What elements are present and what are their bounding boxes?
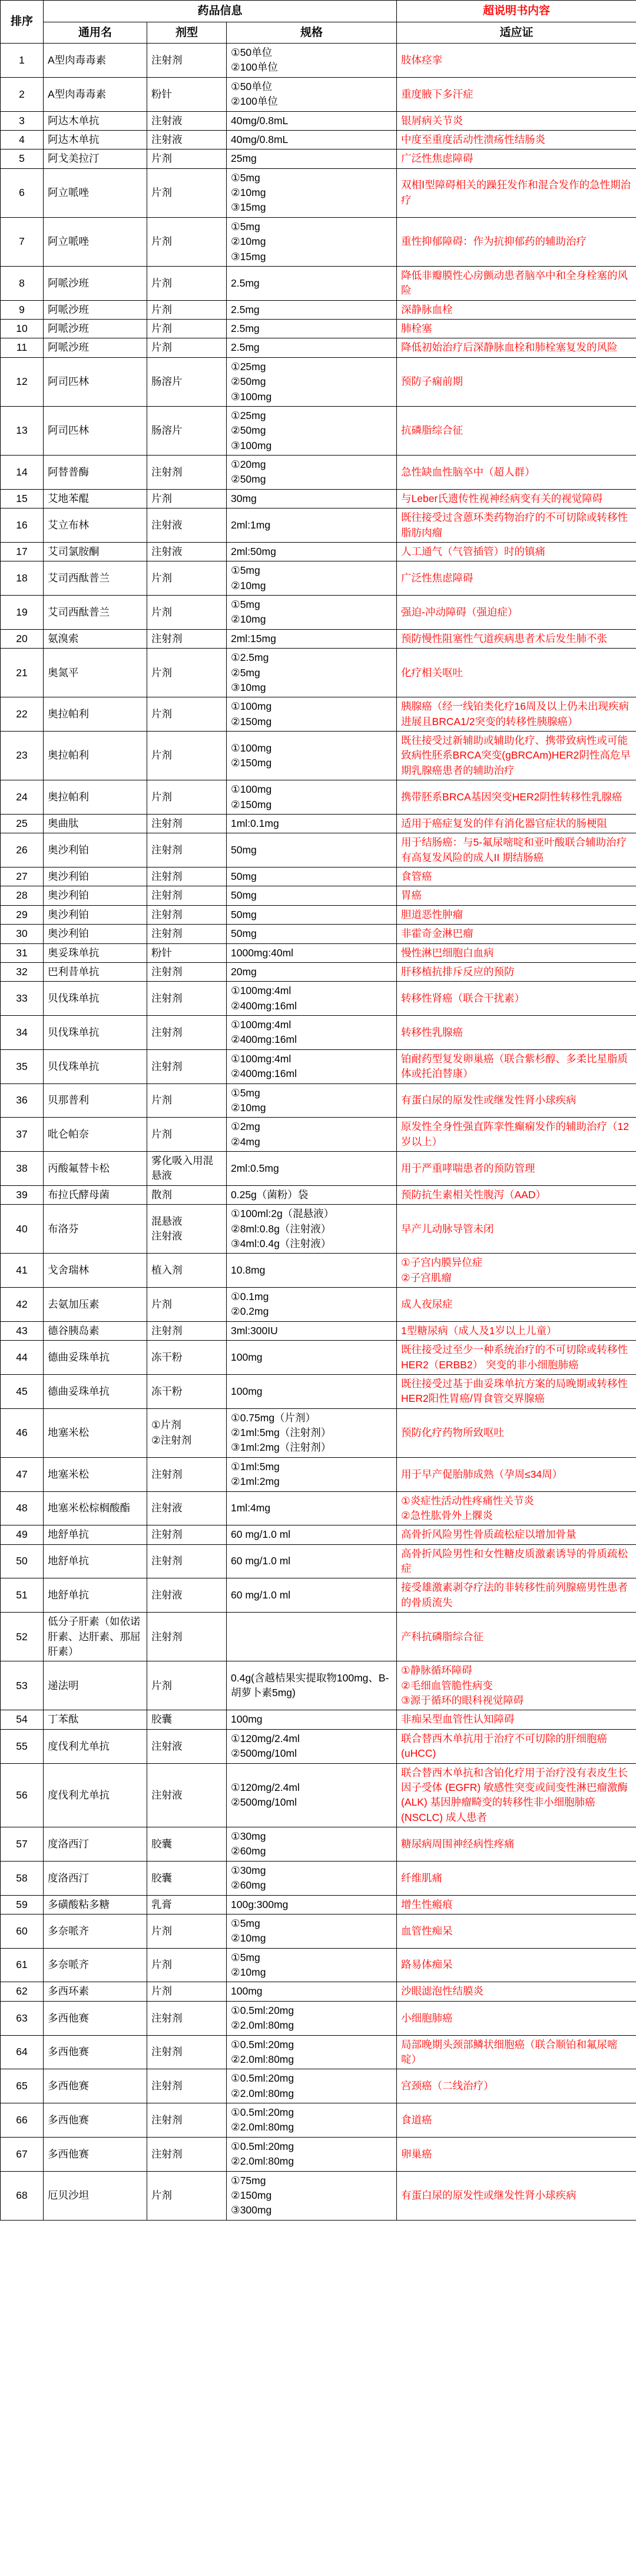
specification: 2.5mg xyxy=(227,320,397,338)
specification: ①120mg/2.4ml ②500mg/10ml xyxy=(227,1763,397,1827)
indication: 转移性乳腺癌 xyxy=(397,1016,636,1050)
indication: 用于严重哮喘患者的预防管理 xyxy=(397,1152,636,1186)
drug-generic-name: 德曲妥珠单抗 xyxy=(44,1341,147,1375)
specification: ①100mg:4ml ②400mg:16ml xyxy=(227,1049,397,1083)
table-row: 27 奥沙利铂 注射剂 50mg 食管癌 xyxy=(1,867,636,886)
dosage-form: 胶囊 xyxy=(147,1827,227,1862)
row-number: 3 xyxy=(1,111,44,130)
indication: 沙眼滤泡性结膜炎 xyxy=(397,1982,636,2001)
row-number: 57 xyxy=(1,1827,44,1862)
row-number: 47 xyxy=(1,1457,44,1491)
drug-generic-name: 厄贝沙坦 xyxy=(44,2171,147,2220)
drug-generic-name: 阿哌沙班 xyxy=(44,320,147,338)
row-number: 20 xyxy=(1,629,44,648)
table-row: 52 低分子肝素（如依诺肝素、达肝素、那屈肝素） 注射剂 产科抗磷脂综合征 xyxy=(1,1613,636,1661)
drug-generic-name: 巴利昔单抗 xyxy=(44,962,147,981)
dosage-form: 注射剂 xyxy=(147,2069,227,2103)
indication: 卵巢癌 xyxy=(397,2137,636,2171)
specification: 100mg xyxy=(227,1341,397,1375)
indication: 抗磷脂综合征 xyxy=(397,406,636,455)
dosage-form: 注射液 xyxy=(147,111,227,130)
drug-generic-name: 艾司西酞普兰 xyxy=(44,596,147,630)
specification: 60 mg/1.0 ml xyxy=(227,1525,397,1544)
row-number: 2 xyxy=(1,77,44,111)
table-row: 61 多奈哌齐 片剂 ①5mg ②10mg 路易体痴呆 xyxy=(1,1948,636,1982)
dosage-form: 片剂 xyxy=(147,1083,227,1118)
specification: ①100mg ②150mg xyxy=(227,780,397,815)
dosage-form: 片剂 xyxy=(147,596,227,630)
drug-generic-name: 丙酸氟替卡松 xyxy=(44,1152,147,1186)
specification: ①100mg ②150mg xyxy=(227,732,397,780)
table-row: 1 A型肉毒毒素 注射剂 ①50单位 ②100单位 肢体痉挛 xyxy=(1,44,636,78)
drug-generic-name: 阿立哌唑 xyxy=(44,168,147,217)
indication: 肝移植抗排斥反应的预防 xyxy=(397,962,636,981)
table-row: 51 地舒单抗 注射液 60 mg/1.0 ml 接受雄激素剥夺疗法的非转移性前… xyxy=(1,1578,636,1613)
specification: ①100mg:4ml ②400mg:16ml xyxy=(227,1016,397,1050)
drug-generic-name: 地塞米松棕榈酸酯 xyxy=(44,1491,147,1525)
drug-generic-name: 贝伐珠单抗 xyxy=(44,1049,147,1083)
table-row: 26 奥沙利铂 注射剂 50mg 用于结肠癌：与5-氟尿嘧啶和亚叶酸联合辅助治疗… xyxy=(1,833,636,867)
specification: 30mg xyxy=(227,489,397,508)
drug-generic-name: 多磺酸粘多糖 xyxy=(44,1895,147,1914)
table-row: 57 度洛西汀 胶囊 ①30mg ②60mg 糖尿病周围神经病性疼痛 xyxy=(1,1827,636,1862)
table-row: 17 艾司氯胺酮 注射液 2ml:50mg 人工通气（气管插管）时的镇痛 xyxy=(1,542,636,561)
specification: 0.4g(含越桔果实提取物100mg、B-胡萝卜素5mg) xyxy=(227,1661,397,1710)
row-number: 32 xyxy=(1,962,44,981)
specification: 2.5mg xyxy=(227,300,397,319)
row-number: 41 xyxy=(1,1254,44,1288)
specification: 2ml:50mg xyxy=(227,542,397,561)
drug-generic-name: 阿哌沙班 xyxy=(44,338,147,357)
specification: 10.8mg xyxy=(227,1254,397,1288)
drug-generic-name: 布拉氏酵母菌 xyxy=(44,1185,147,1204)
drug-generic-name: 吡仑帕奈 xyxy=(44,1118,147,1152)
indication: 原发性全身性强直阵挛性癫痫发作的辅助治疗（12岁以上） xyxy=(397,1118,636,1152)
drug-generic-name: 艾司氯胺酮 xyxy=(44,542,147,561)
row-number: 62 xyxy=(1,1982,44,2001)
drug-generic-name: 奥沙利铂 xyxy=(44,886,147,905)
drug-generic-name: 贝伐珠单抗 xyxy=(44,982,147,1016)
row-number: 7 xyxy=(1,217,44,266)
dosage-form: 注射剂 xyxy=(147,1457,227,1491)
drug-generic-name: 度伐利尤单抗 xyxy=(44,1763,147,1827)
indication: 纤维肌痛 xyxy=(397,1861,636,1895)
specification: ①100mg:4ml ②400mg:16ml xyxy=(227,982,397,1016)
dosage-form: 注射剂 xyxy=(147,925,227,943)
table-row: 13 阿司匹林 肠溶片 ①25mg ②50mg ③100mg 抗磷脂综合征 xyxy=(1,406,636,455)
indication: 预防抗生素相关性腹泻（AAD） xyxy=(397,1185,636,1204)
indication: 适用于癌症复发的伴有消化器官症状的肠梗阻 xyxy=(397,814,636,833)
row-number: 24 xyxy=(1,780,44,815)
table-row: 41 戈舍瑞林 植入剂 10.8mg ①子宫内膜异位症 ②子宫肌瘤 xyxy=(1,1254,636,1288)
indication: 联合替西木单抗用于治疗不可切除的肝细胞癌(uHCC) xyxy=(397,1729,636,1763)
dosage-form: 注射剂 xyxy=(147,1321,227,1340)
indication: 降低初始治疗后深静脉血栓和肺栓塞复发的风险 xyxy=(397,338,636,357)
specification: ①2.5mg ②5mg ③10mg xyxy=(227,649,397,697)
indication: 广泛性焦虑障碍 xyxy=(397,561,636,596)
dosage-form: 注射剂 xyxy=(147,962,227,981)
dosage-form: 片剂 xyxy=(147,1118,227,1152)
dosage-form: 注射剂 xyxy=(147,905,227,924)
specification: ①120mg/2.4ml ②500mg/10ml xyxy=(227,1729,397,1763)
drug-generic-name: 阿达木单抗 xyxy=(44,111,147,130)
drug-generic-name: 阿达木单抗 xyxy=(44,130,147,149)
indication: 银屑病关节炎 xyxy=(397,111,636,130)
indication: 铂耐药型复发卵巢癌（联合紫杉醇、多柔比星脂质体或托泊替康） xyxy=(397,1049,636,1083)
table-row: 30 奥沙利铂 注射剂 50mg 非霍奇金淋巴瘤 xyxy=(1,925,636,943)
dosage-form: 植入剂 xyxy=(147,1254,227,1288)
drug-generic-name: 多奈哌齐 xyxy=(44,1914,147,1948)
row-number: 15 xyxy=(1,489,44,508)
table-row: 20 氨溴索 注射剂 2ml:15mg 预防慢性阻塞性气道疾病患者术后发生肺不张 xyxy=(1,629,636,648)
dosage-form: 注射剂 xyxy=(147,2001,227,2035)
dosage-form: 片剂 xyxy=(147,697,227,732)
specification: ①0.5ml:20mg ②2.0ml:80mg xyxy=(227,2103,397,2138)
table-row: 21 奥氮平 片剂 ①2.5mg ②5mg ③10mg 化疗相关呕吐 xyxy=(1,649,636,697)
indication: 接受雄激素剥夺疗法的非转移性前列腺癌男性患者的骨质流失 xyxy=(397,1578,636,1613)
indication: 携带胚系BRCA基因突变HER2阴性转移性乳腺癌 xyxy=(397,780,636,815)
indication: 既往接受过含蒽环类药物治疗的不可切除或转移性脂肪肉瘤 xyxy=(397,508,636,543)
dosage-form: 冻干粉 xyxy=(147,1341,227,1375)
indication: 小细胞肺癌 xyxy=(397,2001,636,2035)
dosage-form: 片剂 xyxy=(147,489,227,508)
indication: 肢体痉挛 xyxy=(397,44,636,78)
specification: ①75mg ②150mg ③300mg xyxy=(227,2171,397,2220)
table-row: 31 奥妥珠单抗 粉针 1000mg:40ml 慢性淋巴细胞白血病 xyxy=(1,943,636,962)
drug-generic-name: 度洛西汀 xyxy=(44,1827,147,1862)
indication: 胃癌 xyxy=(397,886,636,905)
table-header: 排序 药品信息 超说明书内容 通用名 剂型 规格 适应证 xyxy=(1,1,636,44)
drug-generic-name: 阿司匹林 xyxy=(44,406,147,455)
table-row: 36 贝那普利 片剂 ①5mg ②10mg 有蛋白尿的原发性或继发性肾小球疾病 xyxy=(1,1083,636,1118)
table-row: 54 丁苯酞 胶囊 100mg 非痴呆型血管性认知障碍 xyxy=(1,1710,636,1729)
specification: ①5mg ②10mg xyxy=(227,596,397,630)
drug-generic-name: 奥沙利铂 xyxy=(44,905,147,924)
specification: 100mg xyxy=(227,1710,397,1729)
specification: ①25mg ②50mg ③100mg xyxy=(227,357,397,406)
specification: 50mg xyxy=(227,925,397,943)
specification: ①50单位 ②100单位 xyxy=(227,77,397,111)
dosage-form: 片剂 xyxy=(147,780,227,815)
specification: 2ml:15mg xyxy=(227,629,397,648)
row-number: 51 xyxy=(1,1578,44,1613)
row-number: 19 xyxy=(1,596,44,630)
table-row: 19 艾司西酞普兰 片剂 ①5mg ②10mg 强迫-冲动障碍（强迫症） xyxy=(1,596,636,630)
header-order: 排序 xyxy=(1,1,44,44)
dosage-form: 混悬液 注射液 xyxy=(147,1205,227,1254)
indication: 联合替西木单抗和含铂化疗用于治疗没有表皮生长因子受体 (EGFR) 敏感性突变或… xyxy=(397,1763,636,1827)
dosage-form: 注射剂 xyxy=(147,886,227,905)
specification: ①50单位 ②100单位 xyxy=(227,44,397,78)
indication: 食管癌 xyxy=(397,867,636,886)
row-number: 12 xyxy=(1,357,44,406)
specification: 1ml:4mg xyxy=(227,1491,397,1525)
row-number: 44 xyxy=(1,1341,44,1375)
row-number: 43 xyxy=(1,1321,44,1340)
drug-generic-name: 阿哌沙班 xyxy=(44,300,147,319)
table-row: 32 巴利昔单抗 注射剂 20mg 肝移植抗排斥反应的预防 xyxy=(1,962,636,981)
dosage-form: 注射剂 xyxy=(147,44,227,78)
drug-generic-name: 阿戈美拉汀 xyxy=(44,149,147,168)
drug-generic-name: 多西他赛 xyxy=(44,2103,147,2138)
drug-generic-name: 多西环素 xyxy=(44,1982,147,2001)
row-number: 33 xyxy=(1,982,44,1016)
specification: ①1ml:5mg ②1ml:2mg xyxy=(227,1457,397,1491)
header-offlabel-group: 超说明书内容 xyxy=(397,1,636,22)
row-number: 56 xyxy=(1,1763,44,1827)
row-number: 35 xyxy=(1,1049,44,1083)
specification: ①5mg ②10mg ③15mg xyxy=(227,168,397,217)
drug-generic-name: 奥沙利铂 xyxy=(44,867,147,886)
indication: 既往接受过至少一种系统治疗的不可切除或转移性 HER2（ERBB2） 突变的非小… xyxy=(397,1341,636,1375)
table-row: 24 奥拉帕利 片剂 ①100mg ②150mg 携带胚系BRCA基因突变HER… xyxy=(1,780,636,815)
table-row: 33 贝伐珠单抗 注射剂 ①100mg:4ml ②400mg:16ml 转移性肾… xyxy=(1,982,636,1016)
drug-generic-name: 丁苯酞 xyxy=(44,1710,147,1729)
drug-generic-name: 贝伐珠单抗 xyxy=(44,1016,147,1050)
dosage-form: 注射剂 xyxy=(147,456,227,490)
table-row: 35 贝伐珠单抗 注射剂 ①100mg:4ml ②400mg:16ml 铂耐药型… xyxy=(1,1049,636,1083)
drug-generic-name: 氨溴索 xyxy=(44,629,147,648)
specification: ①0.75mg（片剂） ②1ml:5mg（注射剂） ③1ml:2mg（注射剂） xyxy=(227,1408,397,1457)
drug-generic-name: 度伐利尤单抗 xyxy=(44,1729,147,1763)
table-row: 58 度洛西汀 胶囊 ①30mg ②60mg 纤维肌痛 xyxy=(1,1861,636,1895)
drug-generic-name: 地舒单抗 xyxy=(44,1525,147,1544)
table-body: 1 A型肉毒毒素 注射剂 ①50单位 ②100单位 肢体痉挛 2 A型肉毒毒素 … xyxy=(1,44,636,2221)
table-row: 4 阿达木单抗 注射液 40mg/0.8mL 中度至重度活动性溃疡性结肠炎 xyxy=(1,130,636,149)
dosage-form: 注射剂 xyxy=(147,814,227,833)
dosage-form: 片剂 xyxy=(147,1288,227,1322)
specification: ①0.5ml:20mg ②2.0ml:80mg xyxy=(227,2035,397,2069)
row-number: 50 xyxy=(1,1544,44,1578)
table-row: 2 A型肉毒毒素 粉针 ①50单位 ②100单位 重度腋下多汗症 xyxy=(1,77,636,111)
specification: 50mg xyxy=(227,867,397,886)
drug-generic-name: 递法明 xyxy=(44,1661,147,1710)
dosage-form: 冻干粉 xyxy=(147,1374,227,1408)
table-row: 43 德谷胰岛素 注射剂 3ml:300IU 1型糖尿病（成人及1岁以上儿童） xyxy=(1,1321,636,1340)
dosage-form: 注射液 xyxy=(147,508,227,543)
dosage-form: 片剂 xyxy=(147,338,227,357)
table-row: 11 阿哌沙班 片剂 2.5mg 降低初始治疗后深静脉血栓和肺栓塞复发的风险 xyxy=(1,338,636,357)
table-row: 29 奥沙利铂 注射剂 50mg 胆道恶性肿瘤 xyxy=(1,905,636,924)
row-number: 45 xyxy=(1,1374,44,1408)
indication: 局部晚期头颈部鳞状细胞癌（联合顺铂和氟尿嘧啶） xyxy=(397,2035,636,2069)
table-row: 6 阿立哌唑 片剂 ①5mg ②10mg ③15mg 双相Ⅰ型障碍相关的躁狂发作… xyxy=(1,168,636,217)
row-number: 27 xyxy=(1,867,44,886)
indication: 双相Ⅰ型障碍相关的躁狂发作和混合发作的急性期治疗 xyxy=(397,168,636,217)
drug-generic-name: 贝那普利 xyxy=(44,1083,147,1118)
indication: 有蛋白尿的原发性或继发性肾小球疾病 xyxy=(397,1083,636,1118)
row-number: 26 xyxy=(1,833,44,867)
dosage-form: 注射剂 xyxy=(147,1049,227,1083)
table-row: 55 度伐利尤单抗 注射液 ①120mg/2.4ml ②500mg/10ml 联… xyxy=(1,1729,636,1763)
dosage-form: 片剂 xyxy=(147,266,227,300)
indication: 预防慢性阻塞性气道疾病患者术后发生肺不张 xyxy=(397,629,636,648)
specification: 60 mg/1.0 ml xyxy=(227,1578,397,1613)
dosage-form: 散剂 xyxy=(147,1185,227,1204)
drug-generic-name: 地塞米松 xyxy=(44,1457,147,1491)
row-number: 18 xyxy=(1,561,44,596)
drug-generic-name: 奥拉帕利 xyxy=(44,780,147,815)
indication: 既往接受过基于曲妥珠单抗方案的局晚期或转移性HER2阳性胃癌/胃食管交界腺癌 xyxy=(397,1374,636,1408)
row-number: 29 xyxy=(1,905,44,924)
table-row: 48 地塞米松棕榈酸酯 注射液 1ml:4mg ①炎症性活动性疼痛性关节炎 ②急… xyxy=(1,1491,636,1525)
table-row: 68 厄贝沙坦 片剂 ①75mg ②150mg ③300mg 有蛋白尿的原发性或… xyxy=(1,2171,636,2220)
dosage-form: 胶囊 xyxy=(147,1861,227,1895)
table-row: 50 地舒单抗 注射剂 60 mg/1.0 ml 高骨折风险男性和女性糖皮质激素… xyxy=(1,1544,636,1578)
table-row: 45 德曲妥珠单抗 冻干粉 100mg 既往接受过基于曲妥珠单抗方案的局晚期或转… xyxy=(1,1374,636,1408)
drug-generic-name: 多西他赛 xyxy=(44,2069,147,2103)
row-number: 14 xyxy=(1,456,44,490)
table-row: 16 艾立布林 注射液 2ml:1mg 既往接受过含蒽环类药物治疗的不可切除或转… xyxy=(1,508,636,543)
row-number: 22 xyxy=(1,697,44,732)
dosage-form: 注射剂 xyxy=(147,1544,227,1578)
specification: ①0.5ml:20mg ②2.0ml:80mg xyxy=(227,2137,397,2171)
row-number: 59 xyxy=(1,1895,44,1914)
row-number: 58 xyxy=(1,1861,44,1895)
indication: 中度至重度活动性溃疡性结肠炎 xyxy=(397,130,636,149)
table-row: 65 多西他赛 注射剂 ①0.5ml:20mg ②2.0ml:80mg 宫颈癌（… xyxy=(1,2069,636,2103)
specification: ①100mg ②150mg xyxy=(227,697,397,732)
table-row: 67 多西他赛 注射剂 ①0.5ml:20mg ②2.0ml:80mg 卵巢癌 xyxy=(1,2137,636,2171)
specification: ①5mg ②10mg xyxy=(227,561,397,596)
dosage-form: 片剂 xyxy=(147,217,227,266)
table-row: 15 艾地苯醌 片剂 30mg 与Leber氏遗传性视神经病变有关的视觉障碍 xyxy=(1,489,636,508)
table-row: 18 艾司西酞普兰 片剂 ①5mg ②10mg 广泛性焦虑障碍 xyxy=(1,561,636,596)
indication: 既往接受过新辅助或辅助化疗、携带致病性或可能致病性胚系BRCA突变(gBRCAm… xyxy=(397,732,636,780)
dosage-form: 片剂 xyxy=(147,732,227,780)
dosage-form: 注射液 xyxy=(147,1491,227,1525)
indication: 有蛋白尿的原发性或继发性肾小球疾病 xyxy=(397,2171,636,2220)
table-row: 22 奥拉帕利 片剂 ①100mg ②150mg 胰腺癌（经一线铂类化疗16周及… xyxy=(1,697,636,732)
row-number: 53 xyxy=(1,1661,44,1710)
dosage-form: 注射剂 xyxy=(147,2137,227,2171)
specification: 100mg xyxy=(227,1982,397,2001)
indication: 用于早产促胎肺成熟（孕周≤34周） xyxy=(397,1457,636,1491)
drug-offlabel-table: 排序 药品信息 超说明书内容 通用名 剂型 规格 适应证 1 A型肉毒毒素 注射… xyxy=(0,0,636,2221)
dosage-form: 注射剂 xyxy=(147,867,227,886)
specification: ①30mg ②60mg xyxy=(227,1827,397,1862)
header-dosage-form: 剂型 xyxy=(147,22,227,44)
dosage-form: 片剂 xyxy=(147,320,227,338)
specification: 20mg xyxy=(227,962,397,981)
row-number: 48 xyxy=(1,1491,44,1525)
indication: 肺栓塞 xyxy=(397,320,636,338)
drug-generic-name: A型肉毒毒素 xyxy=(44,44,147,78)
table-row: 14 阿替普酶 注射剂 ①20mg ②50mg 急性缺血性脑卒中（超人群） xyxy=(1,456,636,490)
row-number: 25 xyxy=(1,814,44,833)
row-number: 46 xyxy=(1,1408,44,1457)
indication: 成人夜尿症 xyxy=(397,1288,636,1322)
drug-generic-name: 奥曲肽 xyxy=(44,814,147,833)
specification: 50mg xyxy=(227,833,397,867)
specification: 3ml:300IU xyxy=(227,1321,397,1340)
indication: 深静脉血栓 xyxy=(397,300,636,319)
table-row: 23 奥拉帕利 片剂 ①100mg ②150mg 既往接受过新辅助或辅助化疗、携… xyxy=(1,732,636,780)
dosage-form: 片剂 xyxy=(147,1982,227,2001)
header-drug-info-group: 药品信息 xyxy=(44,1,397,22)
table-row: 44 德曲妥珠单抗 冻干粉 100mg 既往接受过至少一种系统治疗的不可切除或转… xyxy=(1,1341,636,1375)
indication: 1型糖尿病（成人及1岁以上儿童） xyxy=(397,1321,636,1340)
specification: ①5mg ②10mg xyxy=(227,1948,397,1982)
row-number: 61 xyxy=(1,1948,44,1982)
dosage-form: 注射剂 xyxy=(147,833,227,867)
table-row: 46 地塞米松 ①片剂 ②注射剂 ①0.75mg（片剂） ②1ml:5mg（注射… xyxy=(1,1408,636,1457)
drug-generic-name: A型肉毒毒素 xyxy=(44,77,147,111)
row-number: 66 xyxy=(1,2103,44,2138)
drug-generic-name: 多西他赛 xyxy=(44,2137,147,2171)
indication: 糖尿病周围神经病性疼痛 xyxy=(397,1827,636,1862)
dosage-form: 注射剂 xyxy=(147,2035,227,2069)
table-row: 42 去氨加压素 片剂 ①0.1mg ②0.2mg 成人夜尿症 xyxy=(1,1288,636,1322)
dosage-form: 片剂 xyxy=(147,168,227,217)
dosage-form: 片剂 xyxy=(147,1948,227,1982)
indication: 慢性淋巴细胞白血病 xyxy=(397,943,636,962)
indication: 非霍奇金淋巴瘤 xyxy=(397,925,636,943)
row-number: 68 xyxy=(1,2171,44,2220)
row-number: 55 xyxy=(1,1729,44,1763)
header-indication: 适应证 xyxy=(397,22,636,44)
table-row: 56 度伐利尤单抗 注射液 ①120mg/2.4ml ②500mg/10ml 联… xyxy=(1,1763,636,1827)
row-number: 1 xyxy=(1,44,44,78)
specification: 50mg xyxy=(227,886,397,905)
specification: ①0.5ml:20mg ②2.0ml:80mg xyxy=(227,2069,397,2103)
specification: ①100ml:2g（混悬液） ②8ml:0.8g（注射液） ③4ml:0.4g（… xyxy=(227,1205,397,1254)
indication: 重性抑郁障碍：作为抗抑郁药的辅助治疗 xyxy=(397,217,636,266)
dosage-form: 注射液 xyxy=(147,130,227,149)
specification: 40mg/0.8mL xyxy=(227,111,397,130)
indication: 宫颈癌（二线治疗） xyxy=(397,2069,636,2103)
specification: 1000mg:40ml xyxy=(227,943,397,962)
indication: 食道癌 xyxy=(397,2103,636,2138)
specification: ①20mg ②50mg xyxy=(227,456,397,490)
drug-generic-name: 奥拉帕利 xyxy=(44,697,147,732)
specification xyxy=(227,1613,397,1661)
row-number: 8 xyxy=(1,266,44,300)
indication: 人工通气（气管插管）时的镇痛 xyxy=(397,542,636,561)
row-number: 16 xyxy=(1,508,44,543)
row-number: 65 xyxy=(1,2069,44,2103)
indication: 强迫-冲动障碍（强迫症） xyxy=(397,596,636,630)
row-number: 31 xyxy=(1,943,44,962)
indication: 路易体痴呆 xyxy=(397,1948,636,1982)
table-row: 3 阿达木单抗 注射液 40mg/0.8mL 银屑病关节炎 xyxy=(1,111,636,130)
specification: ①0.1mg ②0.2mg xyxy=(227,1288,397,1322)
specification: 2.5mg xyxy=(227,266,397,300)
dosage-form: ①片剂 ②注射剂 xyxy=(147,1408,227,1457)
dosage-form: 雾化吸入用混悬液 xyxy=(147,1152,227,1186)
specification: ①5mg ②10mg xyxy=(227,1914,397,1948)
dosage-form: 注射液 xyxy=(147,1578,227,1613)
specification: ①0.5ml:20mg ②2.0ml:80mg xyxy=(227,2001,397,2035)
indication: 预防化疗药物所致呕吐 xyxy=(397,1408,636,1457)
specification: ①30mg ②60mg xyxy=(227,1861,397,1895)
specification: 2.5mg xyxy=(227,338,397,357)
dosage-form: 片剂 xyxy=(147,561,227,596)
row-number: 54 xyxy=(1,1710,44,1729)
drug-generic-name: 地舒单抗 xyxy=(44,1544,147,1578)
indication: 高骨折风险男性和女性糖皮质激素诱导的骨质疏松症 xyxy=(397,1544,636,1578)
table-row: 66 多西他赛 注射剂 ①0.5ml:20mg ②2.0ml:80mg 食道癌 xyxy=(1,2103,636,2138)
table-row: 49 地舒单抗 注射剂 60 mg/1.0 ml 高骨折风险男性骨质疏松症以增加… xyxy=(1,1525,636,1544)
row-number: 38 xyxy=(1,1152,44,1186)
row-number: 40 xyxy=(1,1205,44,1254)
indication: 早产儿动脉导管未闭 xyxy=(397,1205,636,1254)
indication: 急性缺血性脑卒中（超人群） xyxy=(397,456,636,490)
dosage-form: 片剂 xyxy=(147,2171,227,2220)
table-row: 59 多磺酸粘多糖 乳膏 100g:300mg 增生性瘢痕 xyxy=(1,1895,636,1914)
table-row: 39 布拉氏酵母菌 散剂 0.25g（菌粉）袋 预防抗生素相关性腹泻（AAD） xyxy=(1,1185,636,1204)
row-number: 9 xyxy=(1,300,44,319)
